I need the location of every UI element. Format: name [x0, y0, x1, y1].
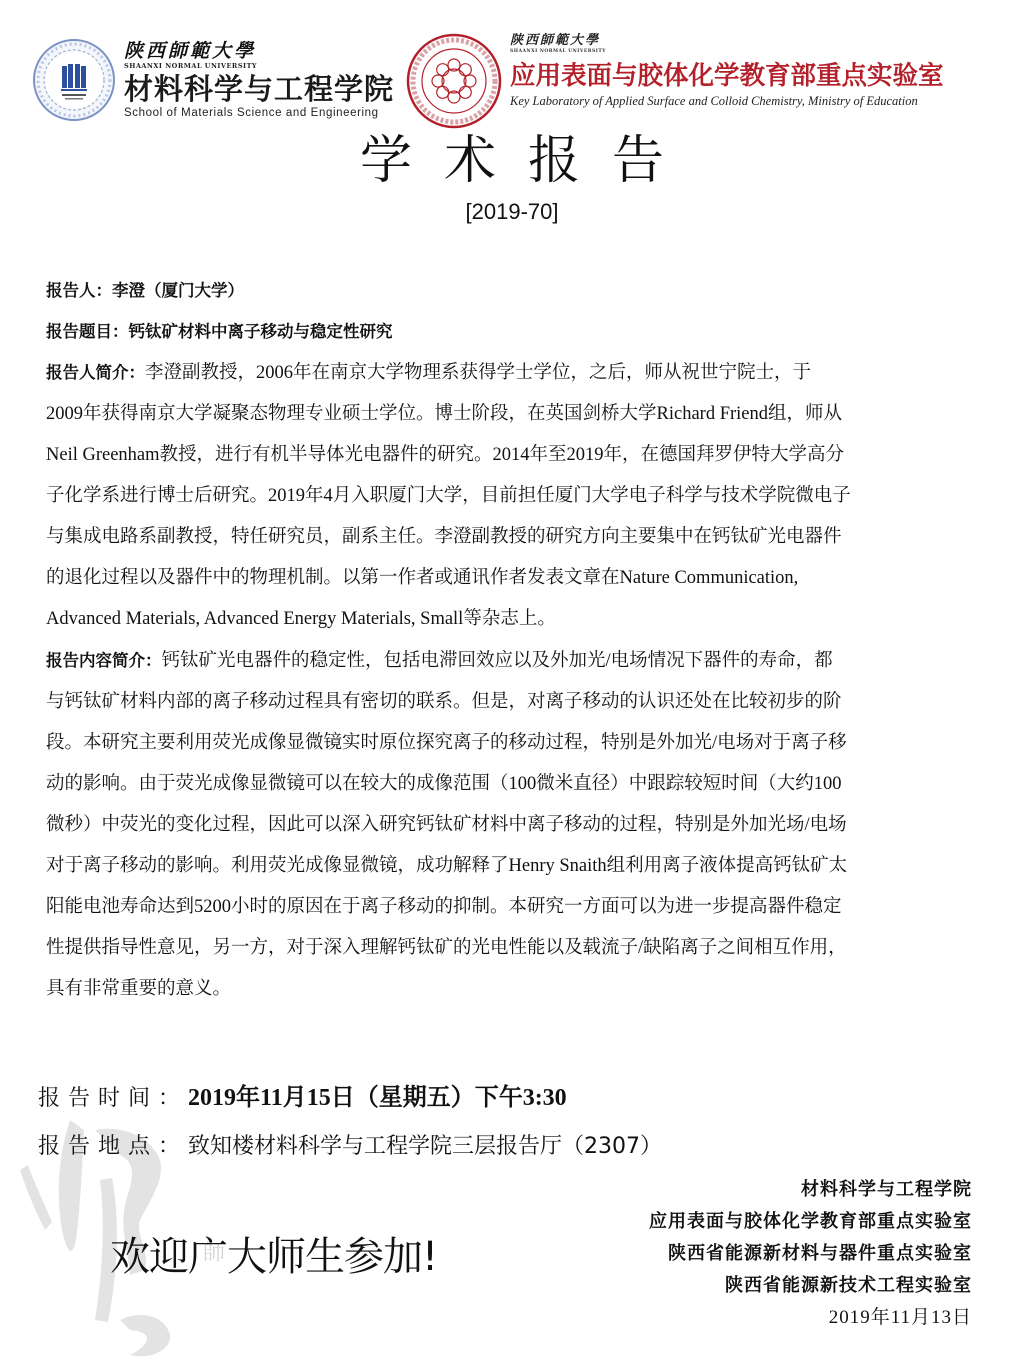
abstract-line: 性提供指导性意见，另一方，对于深入理解钙钛矿的光电性能以及载流子/缺陷离子之间相…	[46, 928, 994, 969]
bio-line: Advanced Materials, Advanced Energy Mate…	[46, 599, 994, 640]
signature-date: 2019年11月13日	[649, 1302, 972, 1334]
university-name-en-small: SHAANXI NORMAL UNIVERSITY	[510, 49, 944, 55]
abstract-line: 微秒）中荧光的变化过程，因此可以深入研究钙钛矿材料中离子移动的过程，特别是外加光…	[46, 805, 994, 846]
page-title: 学术报告	[0, 126, 1024, 196]
abstract-line: 具有非常重要的意义。	[46, 969, 994, 1010]
topic-label: 报告题目：	[46, 322, 129, 341]
school-name-cn: 材料科学与工程学院	[124, 72, 394, 106]
speaker-line: 报告人：李澄（厦门大学）	[46, 270, 994, 311]
welcome-message: 欢迎广大师生参加!	[110, 1232, 437, 1282]
report-place: 报告地点：致知楼材料科学与工程学院三层报告厅（2307）	[38, 1128, 662, 1165]
time-label: 报告时间：	[38, 1086, 188, 1111]
organizer-name: 材料科学与工程学院	[649, 1174, 972, 1206]
bio-line: 的退化过程以及器件中的物理机制。以第一作者或通讯作者发表文章在Nature Co…	[46, 558, 994, 599]
university-name-cn: 陕西師範大學	[124, 40, 394, 62]
organizer-name: 应用表面与胶体化学教育部重点实验室	[649, 1206, 972, 1238]
university-name-cn-small: 陕西師範大學	[510, 33, 944, 49]
bio-line: 子化学系进行博士后研究。2019年4月入职厦门大学，目前担任厦门大学电子科学与技…	[46, 476, 994, 517]
bio-line: 报告人简介：李澄副教授，2006年在南京大学物理系获得学士学位，之后，师从祝世宁…	[46, 352, 994, 394]
abstract-line: 报告内容简介：钙钛矿光电器件的稳定性，包括电滞回效应以及外加光/电场情况下器件的…	[46, 640, 994, 682]
organizer-name: 陕西省能源新技术工程实验室	[649, 1270, 972, 1302]
topic-value: 钙钛矿材料中离子移动与稳定性研究	[129, 322, 393, 341]
speaker-label: 报告人：	[46, 281, 112, 300]
organizer-signature: 材料科学与工程学院 应用表面与胶体化学教育部重点实验室 陕西省能源新材料与器件重…	[649, 1174, 972, 1334]
abstract-line: 与钙钛矿材料内部的离子移动过程具有密切的联系。但是，对离子移动的认识还处在比较初…	[46, 682, 994, 723]
report-content: 报告人：李澄（厦门大学） 报告题目：钙钛矿材料中离子移动与稳定性研究 报告人简介…	[46, 270, 994, 1010]
abstract-line: 阳能电池寿命达到5200小时的原因在于离子移动的抑制。本研究一方面可以为进一步提…	[46, 887, 994, 928]
report-time: 报告时间：2019年11月15日（星期五）下午3:30	[38, 1080, 567, 1117]
bio-line: 与集成电路系副教授，特任研究员，副系主任。李澄副教授的研究方向主要集中在钙钛矿光…	[46, 517, 994, 558]
abstract-line: 对于离子移动的影响。利用荧光成像显微镜，成功解释了Henry Snaith组利用…	[46, 846, 994, 887]
abstract-line: 段。本研究主要利用荧光成像显微镜实时原位探究离子的移动过程，特别是外加光/电场对…	[46, 723, 994, 764]
school-emblem-icon	[32, 38, 116, 122]
place-label: 报告地点：	[38, 1134, 188, 1159]
organizer-name: 陕西省能源新材料与器件重点实验室	[649, 1238, 972, 1270]
lab-name-en: Key Laboratory of Applied Surface and Co…	[510, 93, 944, 109]
university-name-en: SHAANXI NORMAL UNIVERSITY	[124, 62, 394, 71]
bio-line: Neil Greenham教授，进行有机半导体光电器件的研究。2014年至201…	[46, 435, 994, 476]
abstract-line: 动的影响。由于荧光成像显微镜可以在较大的成像范围（100微米直径）中跟踪较短时间…	[46, 764, 994, 805]
abstract-label: 报告内容简介：	[46, 651, 162, 670]
lab-logo-text: 陕西師範大學 SHAANXI NORMAL UNIVERSITY 应用表面与胶体…	[510, 33, 944, 109]
place-value: 致知楼材料科学与工程学院三层报告厅（2307）	[188, 1134, 662, 1159]
topic-line: 报告题目：钙钛矿材料中离子移动与稳定性研究	[46, 311, 994, 352]
report-number: [2019-70]	[0, 197, 1024, 227]
speaker-value: 李澄（厦门大学）	[112, 281, 244, 300]
time-value: 2019年11月15日（星期五）下午3:30	[188, 1085, 567, 1111]
bio-line: 2009年获得南京大学凝聚态物理专业硕士学位。博士阶段，在英国剑桥大学Richa…	[46, 394, 994, 435]
lab-name-cn: 应用表面与胶体化学教育部重点实验室	[510, 59, 944, 93]
speaker-bio: 报告人简介：李澄副教授，2006年在南京大学物理系获得学士学位，之后，师从祝世宁…	[46, 352, 994, 640]
school-logo-text: 陕西師範大學 SHAANXI NORMAL UNIVERSITY 材料科学与工程…	[124, 40, 394, 120]
lab-seal-icon	[406, 33, 502, 129]
report-abstract: 报告内容简介：钙钛矿光电器件的稳定性，包括电滞回效应以及外加光/电场情况下器件的…	[46, 640, 994, 1010]
school-name-en: School of Materials Science and Engineer…	[124, 106, 394, 120]
bio-label: 报告人简介：	[46, 363, 145, 382]
